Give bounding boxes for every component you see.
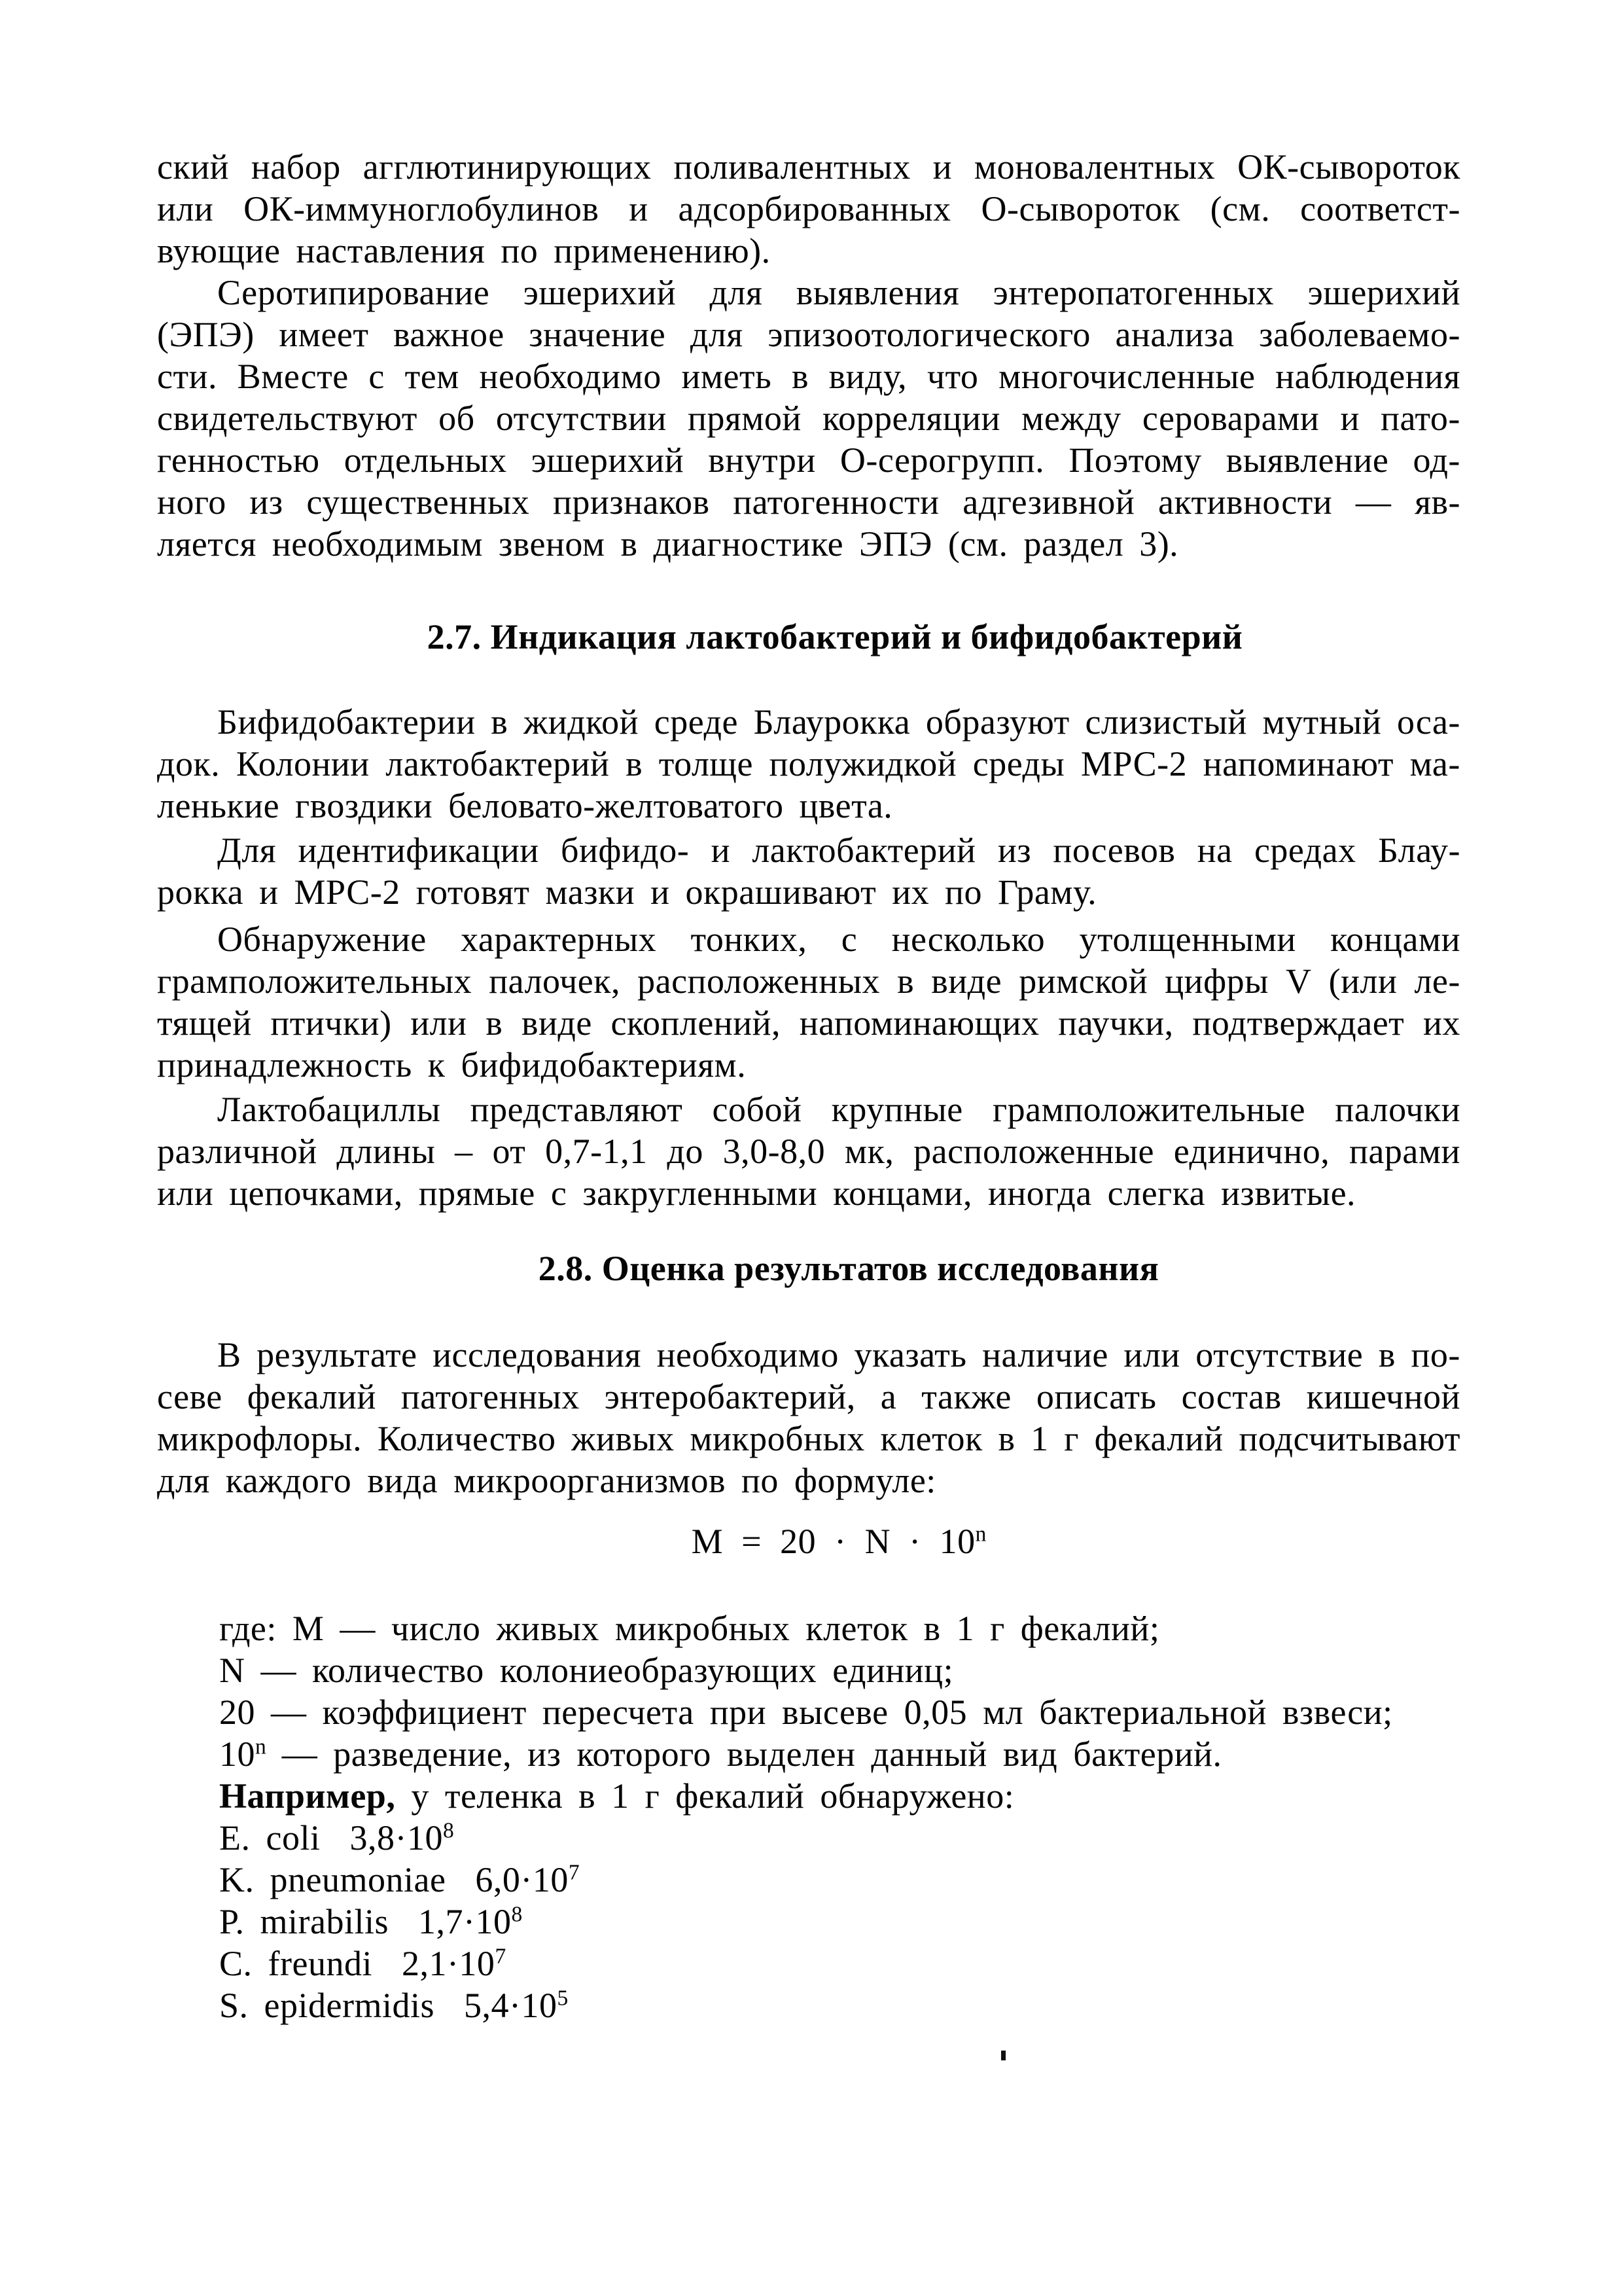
text-line: Серотипированиеэшерихийдлявыявленияэнтер…: [157, 272, 1460, 314]
text-line: (ЭПЭ)имеетважноезначениедляэпизоотологич…: [157, 314, 1460, 355]
species-row-sepidermidis: S. epidermidis5,4·105: [157, 1984, 1460, 2026]
text-line: грамположительныхпалочек,расположенныхвв…: [157, 960, 1460, 1002]
text-line: принадлежность к бифидобактериям.: [157, 1044, 1460, 1086]
legend-line-10n: 10n — разведение, из которого выделен да…: [157, 1733, 1460, 1775]
text-block: скийнаборагглютинирующихполивалентныхимо…: [157, 0, 1460, 2026]
text-line: док.Колониилактобактерийвтолщеполужидкой…: [157, 743, 1460, 785]
text-line: вующие наставления по применению).: [157, 230, 1460, 272]
scan-ink-speck: [1001, 2051, 1006, 2060]
legend-10-exponent: n: [255, 1735, 266, 1759]
example-intro-line: Например, у теленка в 1 г фекалий обнару…: [157, 1775, 1460, 1817]
species-row-ecoli: E. coli3,8·108: [157, 1817, 1460, 1859]
text-line: или цепочками, прямые с закругленными ко…: [157, 1172, 1460, 1214]
legend-line-20: 20 — коэффициент пересчета при высеве 0,…: [157, 1691, 1460, 1733]
species-exponent: 5: [557, 1986, 568, 2011]
text-line: Лактобациллыпредставляютсобойкрупныеграм…: [157, 1088, 1460, 1130]
section-heading-2-7: 2.7. Индикация лактобактерий и бифидобак…: [157, 616, 1460, 658]
legend-10-base: 10: [219, 1734, 255, 1774]
species-exponent: 7: [495, 1945, 506, 1969]
paragraph-lactobacilli: Лактобациллыпредставляютсобойкрупныеграм…: [157, 1088, 1460, 1214]
text-line: различнойдлины–от0,7-1,1до3,0-8,0мк,расп…: [157, 1130, 1460, 1172]
formula-exponent: n: [976, 1522, 987, 1547]
text-line: ногоизсущественныхпризнаковпатогенностиа…: [157, 481, 1460, 523]
text-line: для каждого вида микроорганизмов по форм…: [157, 1460, 1460, 1501]
species-row-kpneumoniae: K. pneumoniae6,0·107: [157, 1859, 1460, 1901]
paragraph-identification: Дляидентификациибифидо-илактобактерийизп…: [157, 829, 1460, 913]
species-name: S. epidermidis: [219, 1986, 434, 2025]
species-name: E. coli: [219, 1818, 320, 1857]
species-name: K. pneumoniae: [219, 1860, 446, 1899]
section-heading-2-8: 2.8. Оценка результатов исследования: [157, 1247, 1460, 1289]
document-page: скийнаборагглютинирующихполивалентныхимо…: [0, 0, 1624, 2296]
formula-base: М = 20 · N · 10: [692, 1522, 976, 1561]
text-line: Дляидентификациибифидо-илактобактерийизп…: [157, 829, 1460, 871]
text-line: БифидобактериивжидкойсредеБлауроккаобраз…: [157, 701, 1460, 743]
species-count: 3,8·10: [349, 1818, 442, 1857]
species-count: 5,4·10: [464, 1986, 557, 2025]
text-line: свидетельствуютоботсутствиипрямойкорреля…: [157, 397, 1460, 439]
species-name: C. freundi: [219, 1944, 372, 1983]
paragraph-serotyping: Серотипированиеэшерихийдлявыявленияэнтер…: [157, 272, 1460, 565]
text-line: ленькие гвоздики беловато-желтоватого цв…: [157, 785, 1460, 827]
text-line: рокка и МРС-2 готовят мазки и окрашивают…: [157, 871, 1460, 913]
paragraph-bifidobacteria: БифидобактериивжидкойсредеБлауроккаобраз…: [157, 701, 1460, 827]
species-count: 6,0·10: [475, 1860, 568, 1899]
species-exponent: 8: [512, 1903, 523, 1927]
text-line: севефекалийпатогенныхэнтеробактерий,атак…: [157, 1376, 1460, 1418]
text-line: генностьюотдельныхэшерихийвнутриО-серогр…: [157, 439, 1460, 481]
text-line: микрофлоры.Количествоживыхмикробныхклето…: [157, 1418, 1460, 1460]
example-bold-label: Например,: [219, 1776, 395, 1816]
paragraph-results: Врезультатеисследованиянеобходимоуказать…: [157, 1334, 1460, 1501]
text-line: скийнаборагглютинирующихполивалентныхимо…: [157, 146, 1460, 188]
legend-10-rest: — разведение, из которого выделен данный…: [266, 1734, 1222, 1774]
text-line: Врезультатеисследованиянеобходимоуказать…: [157, 1334, 1460, 1376]
paragraph-sera-continuation: скийнаборагглютинирующихполивалентныхимо…: [157, 146, 1460, 272]
legend-line-n: N — количество колониеобразующих единиц;: [157, 1649, 1460, 1691]
legend-line-m: где: М — число живых микробных клеток в …: [157, 1607, 1460, 1649]
text-line: тящейптички)иливвидескоплений,напоминающ…: [157, 1002, 1460, 1044]
text-line: Обнаружениехарактерныхтонких,снесколькоу…: [157, 918, 1460, 960]
example-rest: у теленка в 1 г фекалий обнаружено:: [395, 1776, 1014, 1816]
paragraph-detection: Обнаружениехарактерныхтонких,снесколькоу…: [157, 918, 1460, 1086]
species-exponent: 7: [569, 1861, 580, 1885]
species-row-pmirabilis: P. mirabilis1,7·108: [157, 1901, 1460, 1943]
text-line: сти.Вместестемнеобходимоиметьввиду,чтомн…: [157, 355, 1460, 397]
species-count: 2,1·10: [402, 1944, 495, 1983]
species-count: 1,7·10: [418, 1902, 511, 1941]
formula-legend: где: М — число живых микробных клеток в …: [157, 1607, 1460, 1775]
text-line: ляется необходимым звеном в диагностике …: [157, 523, 1460, 565]
text-line: илиОК-иммуноглобулиновиадсорбированныхО-…: [157, 188, 1460, 230]
species-name: P. mirabilis: [219, 1902, 389, 1941]
species-list: E. coli3,8·108 K. pneumoniae6,0·107 P. m…: [157, 1817, 1460, 2026]
formula-m-equals: М = 20 · N · 10n: [157, 1520, 1460, 1562]
species-exponent: 8: [443, 1819, 454, 1843]
species-row-cfreundi: C. freundi2,1·107: [157, 1943, 1460, 1984]
